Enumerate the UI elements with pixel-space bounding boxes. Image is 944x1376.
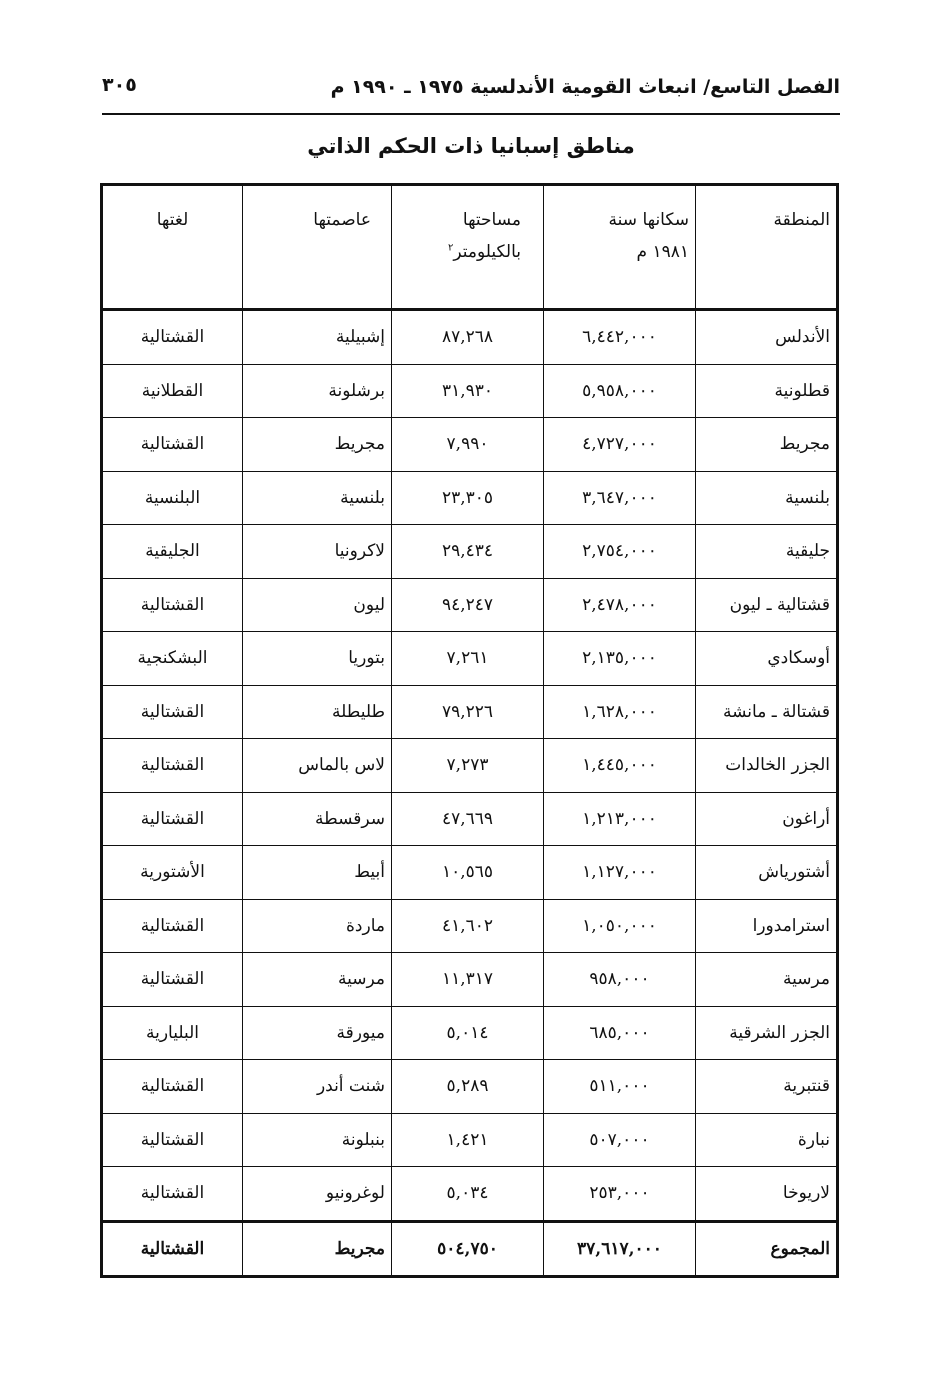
cell-capital: لوغرونيو	[243, 1167, 392, 1222]
cell-capital: ليون	[243, 578, 392, 632]
cell-capital: برشلونة	[243, 364, 392, 418]
cell-capital: ماردة	[243, 899, 392, 953]
table-row: أشتورياش ١,١٢٧,٠٠٠ ١٠,٥٦٥ أبيط الأشتورية	[102, 846, 838, 900]
cell-population: ٥,٩٥٨,٠٠٠	[544, 364, 696, 418]
cell-region: قنتبرية	[696, 1060, 838, 1114]
cell-language: القشتالية	[102, 792, 243, 846]
total-area: ٥٠٤,٧٥٠	[392, 1221, 544, 1277]
cell-area: ٥,٠٣٤	[392, 1167, 544, 1222]
cell-population: ٢٥٣,٠٠٠	[544, 1167, 696, 1222]
table-row: مجريط ٤,٧٢٧,٠٠٠ ٧,٩٩٠ مجريط القشتالية	[102, 418, 838, 472]
table-row: الجزر الشرقية ٦٨٥,٠٠٠ ٥,٠١٤ ميورقة البلي…	[102, 1006, 838, 1060]
cell-capital: بلنسية	[243, 471, 392, 525]
column-header-population: سكانها سنة١٩٨١ م	[544, 185, 696, 310]
cell-population: ٢,٤٧٨,٠٠٠	[544, 578, 696, 632]
cell-population: ٦,٤٤٢,٠٠٠	[544, 310, 696, 365]
cell-language: القشتالية	[102, 418, 243, 472]
cell-population: ١,٠٥٠,٠٠٠	[544, 899, 696, 953]
column-header-language: لغتها	[102, 185, 243, 310]
total-language: القشتالية	[102, 1221, 243, 1277]
cell-capital: طليطلة	[243, 685, 392, 739]
cell-region: نبارة	[696, 1113, 838, 1167]
cell-language: الأشتورية	[102, 846, 243, 900]
cell-population: ٩٥٨,٠٠٠	[544, 953, 696, 1007]
cell-region: قشتالة ـ مانشة	[696, 685, 838, 739]
cell-region: قشتالية ـ ليون	[696, 578, 838, 632]
total-population: ٣٧,٦١٧,٠٠٠	[544, 1221, 696, 1277]
cell-area: ٥,٠١٤	[392, 1006, 544, 1060]
table-title: مناطق إسبانيا ذات الحكم الذاتي	[102, 134, 840, 158]
page-number: ٣٠٥	[102, 74, 137, 96]
total-capital: مجريط	[243, 1221, 392, 1277]
table-row: قطلونية ٥,٩٥٨,٠٠٠ ٣١,٩٣٠ برشلونة القطلان…	[102, 364, 838, 418]
cell-area: ٢٣,٣٠٥	[392, 471, 544, 525]
cell-capital: ميورقة	[243, 1006, 392, 1060]
cell-population: ١,٢١٣,٠٠٠	[544, 792, 696, 846]
cell-area: ١٠,٥٦٥	[392, 846, 544, 900]
cell-region: جليقية	[696, 525, 838, 579]
table-row: نبارة ٥٠٧,٠٠٠ ١,٤٢١ بنبلونة القشتالية	[102, 1113, 838, 1167]
cell-population: ١,١٢٧,٠٠٠	[544, 846, 696, 900]
cell-population: ٤,٧٢٧,٠٠٠	[544, 418, 696, 472]
cell-capital: لاس بالماس	[243, 739, 392, 793]
cell-area: ٧,٢٧٣	[392, 739, 544, 793]
cell-language: القشتالية	[102, 685, 243, 739]
cell-region: أراغون	[696, 792, 838, 846]
cell-population: ٦٨٥,٠٠٠	[544, 1006, 696, 1060]
cell-area: ٥,٢٨٩	[392, 1060, 544, 1114]
table-header-row: المنطقة سكانها سنة١٩٨١ م مساحتهابالكيلوم…	[102, 185, 838, 310]
cell-region: لاريوخا	[696, 1167, 838, 1222]
table-row: أوسكادي ٢,١٣٥,٠٠٠ ٧,٢٦١ بتوريا البشكنجية	[102, 632, 838, 686]
table-row: أراغون ١,٢١٣,٠٠٠ ٤٧,٦٦٩ سرقسطة القشتالية	[102, 792, 838, 846]
cell-capital: مجريط	[243, 418, 392, 472]
table-row: استرامدورا ١,٠٥٠,٠٠٠ ٤١,٦٠٢ ماردة القشتا…	[102, 899, 838, 953]
cell-population: ٢,١٣٥,٠٠٠	[544, 632, 696, 686]
cell-population: ١,٤٤٥,٠٠٠	[544, 739, 696, 793]
cell-area: ٧,٩٩٠	[392, 418, 544, 472]
table-row: بلنسية ٣,٦٤٧,٠٠٠ ٢٣,٣٠٥ بلنسية البلنسية	[102, 471, 838, 525]
regions-table: المنطقة سكانها سنة١٩٨١ م مساحتهابالكيلوم…	[100, 183, 839, 1278]
cell-language: البلنسية	[102, 471, 243, 525]
header-rule	[102, 113, 840, 115]
cell-capital: إشبيلية	[243, 310, 392, 365]
cell-capital: أبيط	[243, 846, 392, 900]
cell-language: الجليقية	[102, 525, 243, 579]
chapter-title: الفصل التاسع/ انبعاث القومية الأندلسية ١…	[331, 76, 840, 98]
cell-capital: لاكرونيا	[243, 525, 392, 579]
cell-population: ٣,٦٤٧,٠٠٠	[544, 471, 696, 525]
cell-region: مرسية	[696, 953, 838, 1007]
cell-region: قطلونية	[696, 364, 838, 418]
cell-capital: شنت أندر	[243, 1060, 392, 1114]
cell-area: ٨٧,٢٦٨	[392, 310, 544, 365]
cell-capital: بنبلونة	[243, 1113, 392, 1167]
cell-area: ٤١,٦٠٢	[392, 899, 544, 953]
table-row: جليقية ٢,٧٥٤,٠٠٠ ٢٩,٤٣٤ لاكرونيا الجليقي…	[102, 525, 838, 579]
cell-language: القطلانية	[102, 364, 243, 418]
column-header-area: مساحتهابالكيلومتر٢	[392, 185, 544, 310]
cell-area: ٩٤,٢٤٧	[392, 578, 544, 632]
cell-region: الجزر الشرقية	[696, 1006, 838, 1060]
cell-language: القشتالية	[102, 310, 243, 365]
cell-area: ١,٤٢١	[392, 1113, 544, 1167]
table-row: الأندلس ٦,٤٤٢,٠٠٠ ٨٧,٢٦٨ إشبيلية القشتال…	[102, 310, 838, 365]
cell-language: القشتالية	[102, 739, 243, 793]
cell-region: استرامدورا	[696, 899, 838, 953]
cell-language: البشكنجية	[102, 632, 243, 686]
cell-language: البليارية	[102, 1006, 243, 1060]
cell-capital: مرسية	[243, 953, 392, 1007]
cell-population: ٥١١,٠٠٠	[544, 1060, 696, 1114]
table-row: مرسية ٩٥٨,٠٠٠ ١١,٣١٧ مرسية القشتالية	[102, 953, 838, 1007]
cell-region: الجزر الخالدات	[696, 739, 838, 793]
total-label: المجموع	[696, 1221, 838, 1277]
cell-area: ٧,٢٦١	[392, 632, 544, 686]
column-header-region: المنطقة	[696, 185, 838, 310]
cell-population: ٢,٧٥٤,٠٠٠	[544, 525, 696, 579]
cell-area: ٣١,٩٣٠	[392, 364, 544, 418]
cell-language: القشتالية	[102, 899, 243, 953]
table-row: قشتالية ـ ليون ٢,٤٧٨,٠٠٠ ٩٤,٢٤٧ ليون الق…	[102, 578, 838, 632]
total-row: المجموع ٣٧,٦١٧,٠٠٠ ٥٠٤,٧٥٠ مجريط القشتال…	[102, 1221, 838, 1277]
table-row: قنتبرية ٥١١,٠٠٠ ٥,٢٨٩ شنت أندر القشتالية	[102, 1060, 838, 1114]
column-header-capital: عاصمتها	[243, 185, 392, 310]
cell-language: القشتالية	[102, 578, 243, 632]
cell-population: ٥٠٧,٠٠٠	[544, 1113, 696, 1167]
cell-capital: سرقسطة	[243, 792, 392, 846]
cell-language: القشتالية	[102, 1060, 243, 1114]
cell-capital: بتوريا	[243, 632, 392, 686]
cell-population: ١,٦٢٨,٠٠٠	[544, 685, 696, 739]
cell-region: أشتورياش	[696, 846, 838, 900]
cell-region: بلنسية	[696, 471, 838, 525]
running-header: الفصل التاسع/ انبعاث القومية الأندلسية ١…	[102, 70, 840, 112]
cell-area: ٧٩,٢٢٦	[392, 685, 544, 739]
cell-region: الأندلس	[696, 310, 838, 365]
cell-language: القشتالية	[102, 1167, 243, 1222]
cell-language: القشتالية	[102, 1113, 243, 1167]
cell-region: أوسكادي	[696, 632, 838, 686]
cell-region: مجريط	[696, 418, 838, 472]
cell-language: القشتالية	[102, 953, 243, 1007]
cell-area: ١١,٣١٧	[392, 953, 544, 1007]
table-row: قشتالة ـ مانشة ١,٦٢٨,٠٠٠ ٧٩,٢٢٦ طليطلة ا…	[102, 685, 838, 739]
cell-area: ٤٧,٦٦٩	[392, 792, 544, 846]
table-row: الجزر الخالدات ١,٤٤٥,٠٠٠ ٧,٢٧٣ لاس بالما…	[102, 739, 838, 793]
cell-area: ٢٩,٤٣٤	[392, 525, 544, 579]
table-row: لاريوخا ٢٥٣,٠٠٠ ٥,٠٣٤ لوغرونيو القشتالية	[102, 1167, 838, 1222]
